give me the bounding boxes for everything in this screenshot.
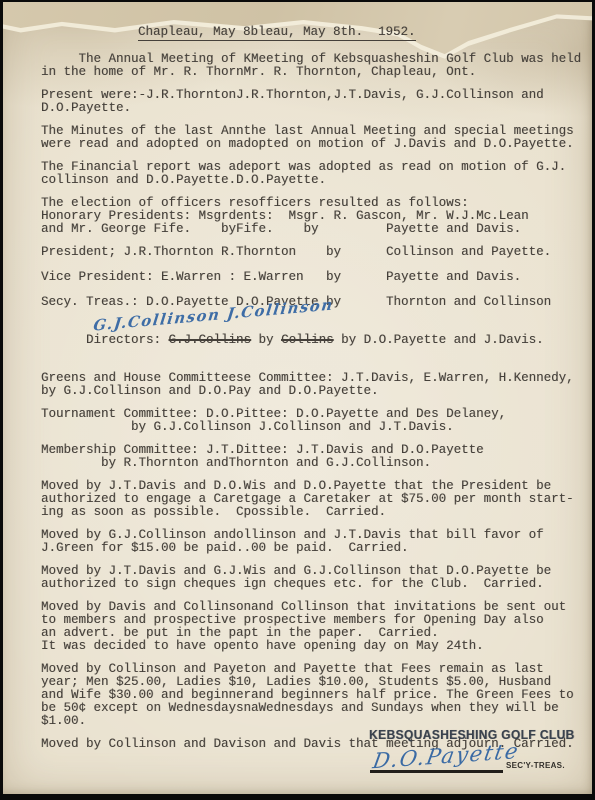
paragraph-motion-fees: Moved by Collinson and Payeton and Payet… [41, 663, 592, 728]
paragraph-motion-cheques: Moved by J.T.Davis and G.J.Wis and G.J.C… [41, 565, 592, 591]
dateline-row: Chapleau, May 8bleau, May 8th. 1952. [138, 26, 592, 41]
club-name-stamp: KEBSQUASHESHING GOLF CLUB [369, 728, 575, 742]
struck-text-collins-1: G.J.Collins [169, 333, 252, 347]
struck-text-collins-2: Collins [281, 333, 334, 347]
typewritten-minutes: Chapleau, May 8bleau, May 8th. 1952. The… [41, 26, 592, 761]
scanned-minutes-page: { "doc": { "dateline": "Chapleau, May 8b… [0, 0, 595, 800]
text-line: be 50¢ except on WednesdaysnaWednesdays … [41, 702, 592, 715]
text-line: ing as soon as possible. Cpossible. Carr… [41, 506, 592, 519]
paragraph-present: Present were:-J.R.ThorntonJ.R.Thornton,J… [41, 89, 592, 115]
text-line: J.Green for $15.00 be paid..00 be paid. … [41, 542, 592, 555]
paragraph-motion-invitations: Moved by Davis and Collinsonand Collinso… [41, 601, 592, 653]
text-line: and Mr. George Fife. byFife. by Payette … [41, 223, 592, 236]
text-line: D.O.Payette. [41, 102, 592, 115]
officer-line-president: President; J.R.Thornton R.Thornton by Co… [41, 246, 592, 259]
text-line: were read and adopted on madopted on mot… [41, 138, 592, 151]
text-line: It was decided to have opento have openi… [41, 640, 592, 653]
paragraph-motion-bill: Moved by G.J.Collinson andollinson and J… [41, 529, 592, 555]
paragraph-membership-committee: Membership Committee: J.T.Dittee: J.T.Da… [41, 444, 592, 470]
text-line: by R.Thornton andThornton and G.J.Collin… [41, 457, 592, 470]
paragraph-election-results: The election of officers resofficers res… [41, 197, 592, 236]
paragraph-minutes-adopted: The Minutes of the last Annthe last Annu… [41, 125, 592, 151]
text-line: $1.00. [41, 715, 592, 728]
text-line: by G.J.Collinson and D.O.Pay and D.O.Pay… [41, 385, 592, 398]
paragraph-annual-meeting: The Annual Meeting of KMeeting of Kebsqu… [41, 53, 592, 79]
directors-label: Directors: [86, 333, 169, 347]
paragraph-greens-committee: Greens and House Committeese Committee: … [41, 372, 592, 398]
officer-line-directors: G.J.Collinson J.CollinsonDirectors: G.J.… [41, 321, 592, 360]
dateline: Chapleau, May 8bleau, May 8th. 1952. [138, 26, 416, 41]
text-line: collinson and D.O.Payette.D.O.Payette. [41, 174, 592, 187]
text-line: by G.J.Collinson J.Collinson and J.T.Dav… [41, 421, 592, 434]
paragraph-tournament-committee: Tournament Committee: D.O.Pittee: D.O.Pa… [41, 408, 592, 434]
paragraph-motion-caretaker: Moved by J.T.Davis and D.O.Wis and D.O.P… [41, 480, 592, 519]
text-line: authorized to sign cheques ign cheques e… [41, 578, 592, 591]
secy-treas-stamp: SEC'Y-TREAS. [506, 761, 565, 770]
text-line: in the home of Mr. R. ThornMr. R. Thornt… [41, 66, 592, 79]
officer-line-vice-president: Vice President: E.Warren : E.Warren by P… [41, 271, 592, 284]
paper-sheet: Chapleau, May 8bleau, May 8th. 1952. The… [3, 2, 592, 794]
directors-mid: by [251, 333, 281, 347]
paragraph-financial-report: The Financial report was adeport was ado… [41, 161, 592, 187]
directors-rest: by D.O.Payette and J.Davis. [334, 333, 544, 347]
